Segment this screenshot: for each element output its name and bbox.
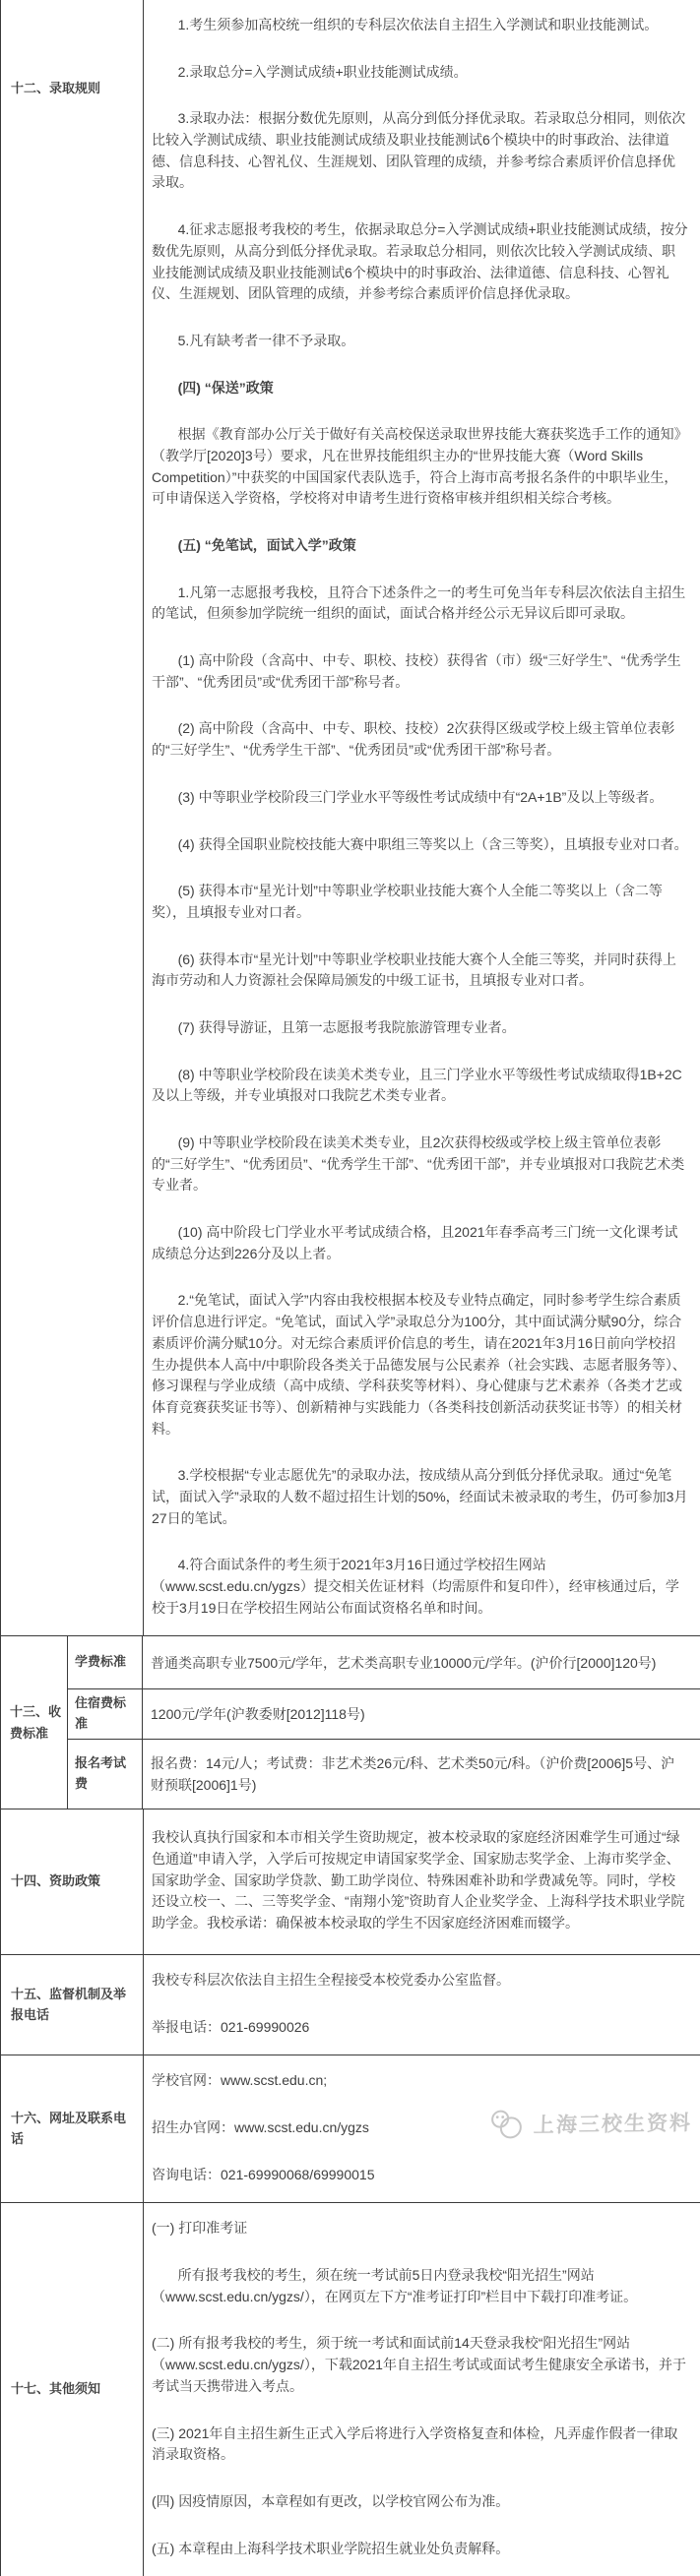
section-title-contact: 十六、网址及联系电话 (1, 2055, 144, 2202)
paragraph: 4.征求志愿报考我校的考生，依据录取总分=入学测试成绩+职业技能测试成绩，按分数… (152, 219, 688, 305)
paragraph: (二) 所有报考我校的考生，须于统一考试和面试前14天登录我校“阳光招生”网站（… (152, 2333, 688, 2397)
paragraph: (四) “保送”政策 (152, 378, 688, 399)
fees-value-registration-exam: 报名费：14元/人；考试费：非艺术类26元/科、艺术类50元/科。（沪价费[20… (143, 1740, 700, 1809)
financial-aid-content: 我校认真执行国家和本市相关学生资助规定，被本校录取的家庭经济困难学生可通过“绿色… (144, 1809, 700, 1954)
section-title-text: 十六、网址及联系电话 (11, 2109, 135, 2150)
paragraph: (1) 高中阶段（含高中、中专、职校、技校）获得省（市）级“三好学生”、“优秀学… (152, 650, 688, 693)
paragraph: 5.凡有缺考者一律不予录取。 (152, 331, 688, 352)
section-title-other-notes: 十七、其他须知 (1, 2203, 144, 2576)
supervision-content: 我校专科层次依法自主招生全程接受本校党委办公室监督。举报电话：021-69990… (144, 1955, 700, 2055)
paragraph: 招生办官网：www.scst.edu.cn/ygzs (152, 2117, 688, 2139)
paragraph: (五) 本章程由上海科学技术职业学院招生就业处负责解释。 (152, 2539, 688, 2560)
paragraph: (8) 中等职业学校阶段在读美术类专业，且三门学业水平等级性考试成绩取得1B+2… (152, 1065, 688, 1107)
section-contact: 十六、网址及联系电话 学校官网：www.scst.edu.cn;招生办官网：ww… (1, 2055, 700, 2203)
paragraph: (三) 2021年自主招生新生正式入学后将进行入学资格复查和体检，凡弄虚作假者一… (152, 2423, 688, 2466)
paragraph: 1.凡第一志愿报考我校，且符合下述条件之一的考生可免当年专科层次依法自主招生的笔… (152, 583, 688, 625)
fees-label-text: 学费标准 (75, 1652, 126, 1673)
section-financial-aid: 十四、资助政策 我校认真执行国家和本市相关学生资助规定，被本校录取的家庭经济困难… (1, 1809, 700, 1955)
paragraph: 1.考生须参加高校统一组织的专科层次依法自主招生入学测试和职业技能测试。 (152, 15, 688, 36)
section-title-admission-rules: 十二、录取规则 (1, 0, 144, 1635)
paragraph: 2.录取总分=入学测试成绩+职业技能测试成绩。 (152, 62, 688, 84)
paragraph: (9) 中等职业学校阶段在读美术类专业，且2次获得校级或学校上级主管单位表彰的“… (152, 1133, 688, 1196)
paragraph: 学校官网：www.scst.edu.cn; (152, 2070, 688, 2092)
fees-row-tuition: 学费标准 普通类高职专业7500元/学年，艺术类高职专业10000元/学年。(沪… (68, 1636, 700, 1689)
paragraph: (4) 获得全国职业院校技能大赛中职组三等奖以上（含三等奖），且填报专业对口者。 (152, 834, 688, 856)
other-notes-content: (一) 打印准考证所有报考我校的考生，须在统一考试前5日内登录我校“阳光招生”网… (144, 2203, 700, 2576)
fees-row-registration-exam: 报名考试费 报名费：14元/人；考试费：非艺术类26元/科、艺术类50元/科。（… (68, 1740, 700, 1809)
admissions-policy-table: 十二、录取规则 1.考生须参加高校统一组织的专科层次依法自主招生入学测试和职业技… (0, 0, 700, 2576)
paragraph: (2) 高中阶段（含高中、中专、职校、技校）2次获得区级或学校上级主管单位表彰的… (152, 718, 688, 761)
section-title-text: 十三、收费标准 (10, 1701, 61, 1745)
fees-label-text: 住宿费标准 (75, 1693, 138, 1735)
paragraph: (3) 中等职业学校阶段三门学业水平等级性考试成绩中有“2A+1B”及以上等级者… (152, 787, 688, 809)
section-supervision: 十五、监督机制及举报电话 我校专科层次依法自主招生全程接受本校党委办公室监督。举… (1, 1955, 700, 2055)
paragraph: (5) 获得本市“星光计划”中等职业学校职业技能大赛个人全能二等奖以上（含二等奖… (152, 881, 688, 923)
fees-value-text: 报名费：14元/人；考试费：非艺术类26元/科、艺术类50元/科。（沪价费[20… (151, 1752, 688, 1797)
paragraph: 根据《教育部办公厅关于做好有关高校保送录取世界技能大赛获奖选手工作的通知》（教学… (152, 424, 688, 510)
section-admission-rules: 十二、录取规则 1.考生须参加高校统一组织的专科层次依法自主招生入学测试和职业技… (1, 0, 700, 1636)
fees-label-registration-exam: 报名考试费 (68, 1740, 143, 1809)
fees-subrows: 学费标准 普通类高职专业7500元/学年，艺术类高职专业10000元/学年。(沪… (68, 1636, 700, 1809)
fees-row-accommodation: 住宿费标准 1200元/学年(沪教委财[2012]118号) (68, 1689, 700, 1740)
section-title-text: 十二、录取规则 (11, 79, 100, 99)
section-title-text: 十五、监督机制及举报电话 (11, 1985, 135, 2026)
paragraph: 3.录取办法：根据分数优先原则，从高分到低分择优录取。若录取总分相同，则依次比较… (152, 108, 688, 194)
paragraph: (一) 打印准考证 (152, 2218, 688, 2239)
fees-label-tuition: 学费标准 (68, 1636, 143, 1688)
paragraph: 我校认真执行国家和本市相关学生资助规定，被本校录取的家庭经济困难学生可通过“绿色… (152, 1827, 688, 1933)
paragraph: 2.“免笔试，面试入学”内容由我校根据本校及专业特点确定，同时参考学生综合素质评… (152, 1290, 688, 1440)
fees-value-text: 1200元/学年(沪教委财[2012]118号) (151, 1703, 365, 1725)
section-other-notes: 十七、其他须知 (一) 打印准考证所有报考我校的考生，须在统一考试前5日内登录我… (1, 2203, 700, 2576)
section-title-fees: 十三、收费标准 (1, 1636, 68, 1809)
section-fees: 十三、收费标准 学费标准 普通类高职专业7500元/学年，艺术类高职专业1000… (1, 1636, 700, 1809)
section-title-text: 十七、其他须知 (11, 2379, 100, 2400)
contact-content: 学校官网：www.scst.edu.cn;招生办官网：www.scst.edu.… (144, 2055, 700, 2202)
paragraph: (10) 高中阶段七门学业水平考试成绩合格，且2021年春季高考三门统一文化课考… (152, 1222, 688, 1264)
paragraph: 我校专科层次依法自主招生全程接受本校党委办公室监督。 (152, 1970, 688, 1992)
fees-label-accommodation: 住宿费标准 (68, 1689, 143, 1739)
fees-value-tuition: 普通类高职专业7500元/学年，艺术类高职专业10000元/学年。(沪价行[20… (143, 1636, 700, 1688)
paragraph: (四) 因疫情原因，本章程如有更改，以学校官网公布为准。 (152, 2491, 688, 2513)
paragraph: 4.符合面试条件的考生须于2021年3月16日通过学校招生网站（www.scst… (152, 1555, 688, 1619)
section-title-text: 十四、资助政策 (11, 1871, 100, 1892)
paragraph: (五) “免笔试，面试入学”政策 (152, 535, 688, 557)
section-title-supervision: 十五、监督机制及举报电话 (1, 1955, 144, 2055)
section-title-financial-aid: 十四、资助政策 (1, 1809, 144, 1954)
paragraph: 3.学校根据“专业志愿优先”的录取办法，按成绩从高分到低分择优录取。通过“免笔试… (152, 1465, 688, 1529)
paragraph: (7) 获得导游证，且第一志愿报考我院旅游管理专业者。 (152, 1017, 688, 1039)
paragraph: 所有报考我校的考生，须在统一考试前5日内登录我校“阳光招生”网站（www.scs… (152, 2265, 688, 2307)
fees-label-text: 报名考试费 (75, 1753, 138, 1795)
fees-value-accommodation: 1200元/学年(沪教委财[2012]118号) (143, 1689, 700, 1739)
admission-rules-content: 1.考生须参加高校统一组织的专科层次依法自主招生入学测试和职业技能测试。2.录取… (144, 0, 700, 1635)
paragraph: 咨询电话：021-69990068/69990015 (152, 2165, 688, 2186)
paragraph: (6) 获得本市“星光计划”中等职业学校职业技能大赛个人全能三等奖，并同时获得上… (152, 950, 688, 992)
fees-value-text: 普通类高职专业7500元/学年，艺术类高职专业10000元/学年。(沪价行[20… (151, 1652, 656, 1674)
paragraph: 举报电话：021-69990026 (152, 2017, 688, 2039)
